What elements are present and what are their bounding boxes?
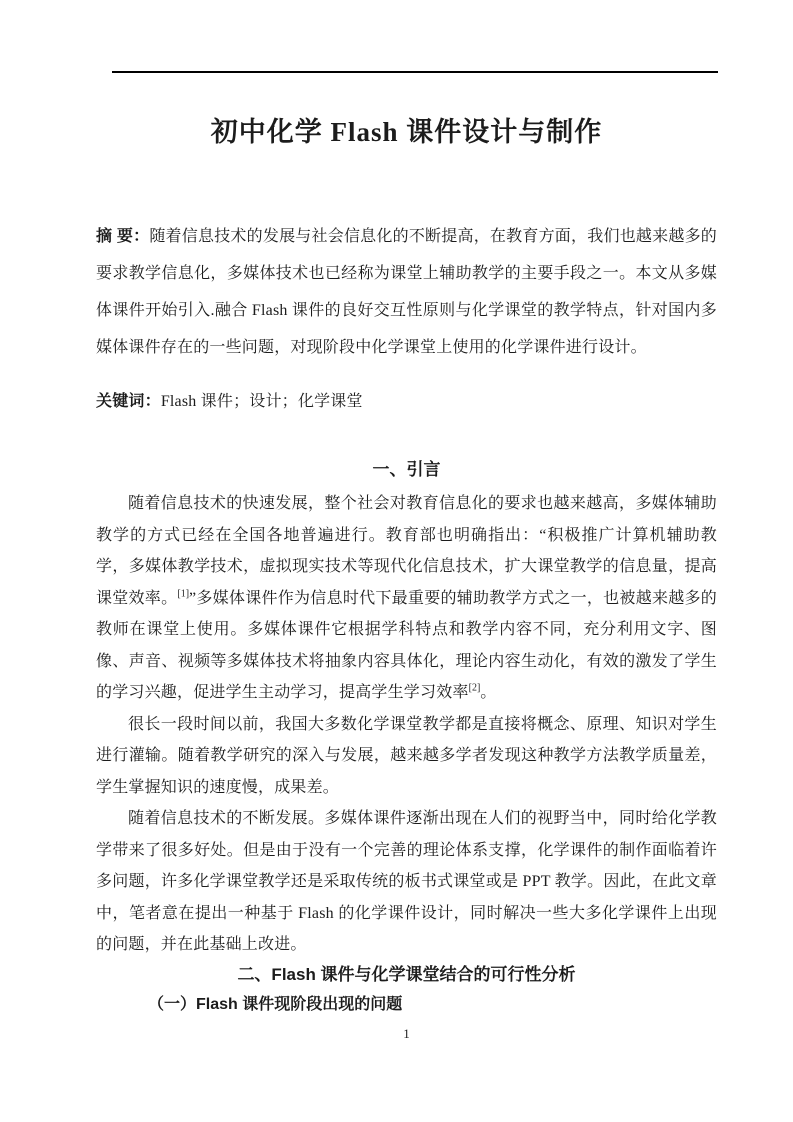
footnote-ref-2: [2]	[469, 683, 481, 694]
abstract-label: 摘 要：	[96, 228, 149, 245]
paragraph-text: ”多媒体课件作为信息时代下最重要的辅助教学方式之一，也被越来越多的教师在课堂上使…	[96, 590, 717, 702]
abstract-paragraph: 摘 要：随着信息技术的发展与社会信息化的不断提高，在教育方面，我们也越来越多的要…	[96, 218, 717, 366]
section-2-subheading-1: （一）Flash 课件现阶段出现的问题	[96, 993, 717, 1017]
paragraph-text: 。	[480, 684, 496, 701]
section-1-paragraph-1: 随着信息技术的快速发展，整个社会对教育信息化的要求也越来越高，多媒体辅助教学的方…	[96, 488, 717, 709]
keywords-line: 关键词：Flash 课件；设计；化学课堂	[96, 390, 717, 414]
section-1-paragraph-2: 很长一段时间以前，我国大多数化学课堂教学都是直接将概念、原理、知识对学生进行灌输…	[96, 709, 717, 804]
footnote-ref-1: [1]	[177, 588, 189, 599]
page-content: 初中化学 Flash 课件设计与制作 摘 要：随着信息技术的发展与社会信息化的不…	[96, 0, 717, 1017]
section-1-paragraph-3: 随着信息技术的不断发展。多媒体课件逐渐出现在人们的视野当中，同时给化学教学带来了…	[96, 803, 717, 961]
page-number: 1	[96, 1026, 717, 1042]
keywords-text: Flash 课件；设计；化学课堂	[161, 393, 363, 410]
section-2-heading: 二、Flash 课件与化学课堂结合的可行性分析	[96, 963, 717, 987]
keywords-label: 关键词：	[96, 393, 161, 410]
abstract-text: 随着信息技术的发展与社会信息化的不断提高，在教育方面，我们也越来越多的要求教学信…	[96, 228, 717, 356]
section-1-heading: 一、引言	[96, 458, 717, 482]
paper-title: 初中化学 Flash 课件设计与制作	[96, 112, 717, 152]
document-page: 初中化学 Flash 课件设计与制作 摘 要：随着信息技术的发展与社会信息化的不…	[0, 0, 793, 1122]
